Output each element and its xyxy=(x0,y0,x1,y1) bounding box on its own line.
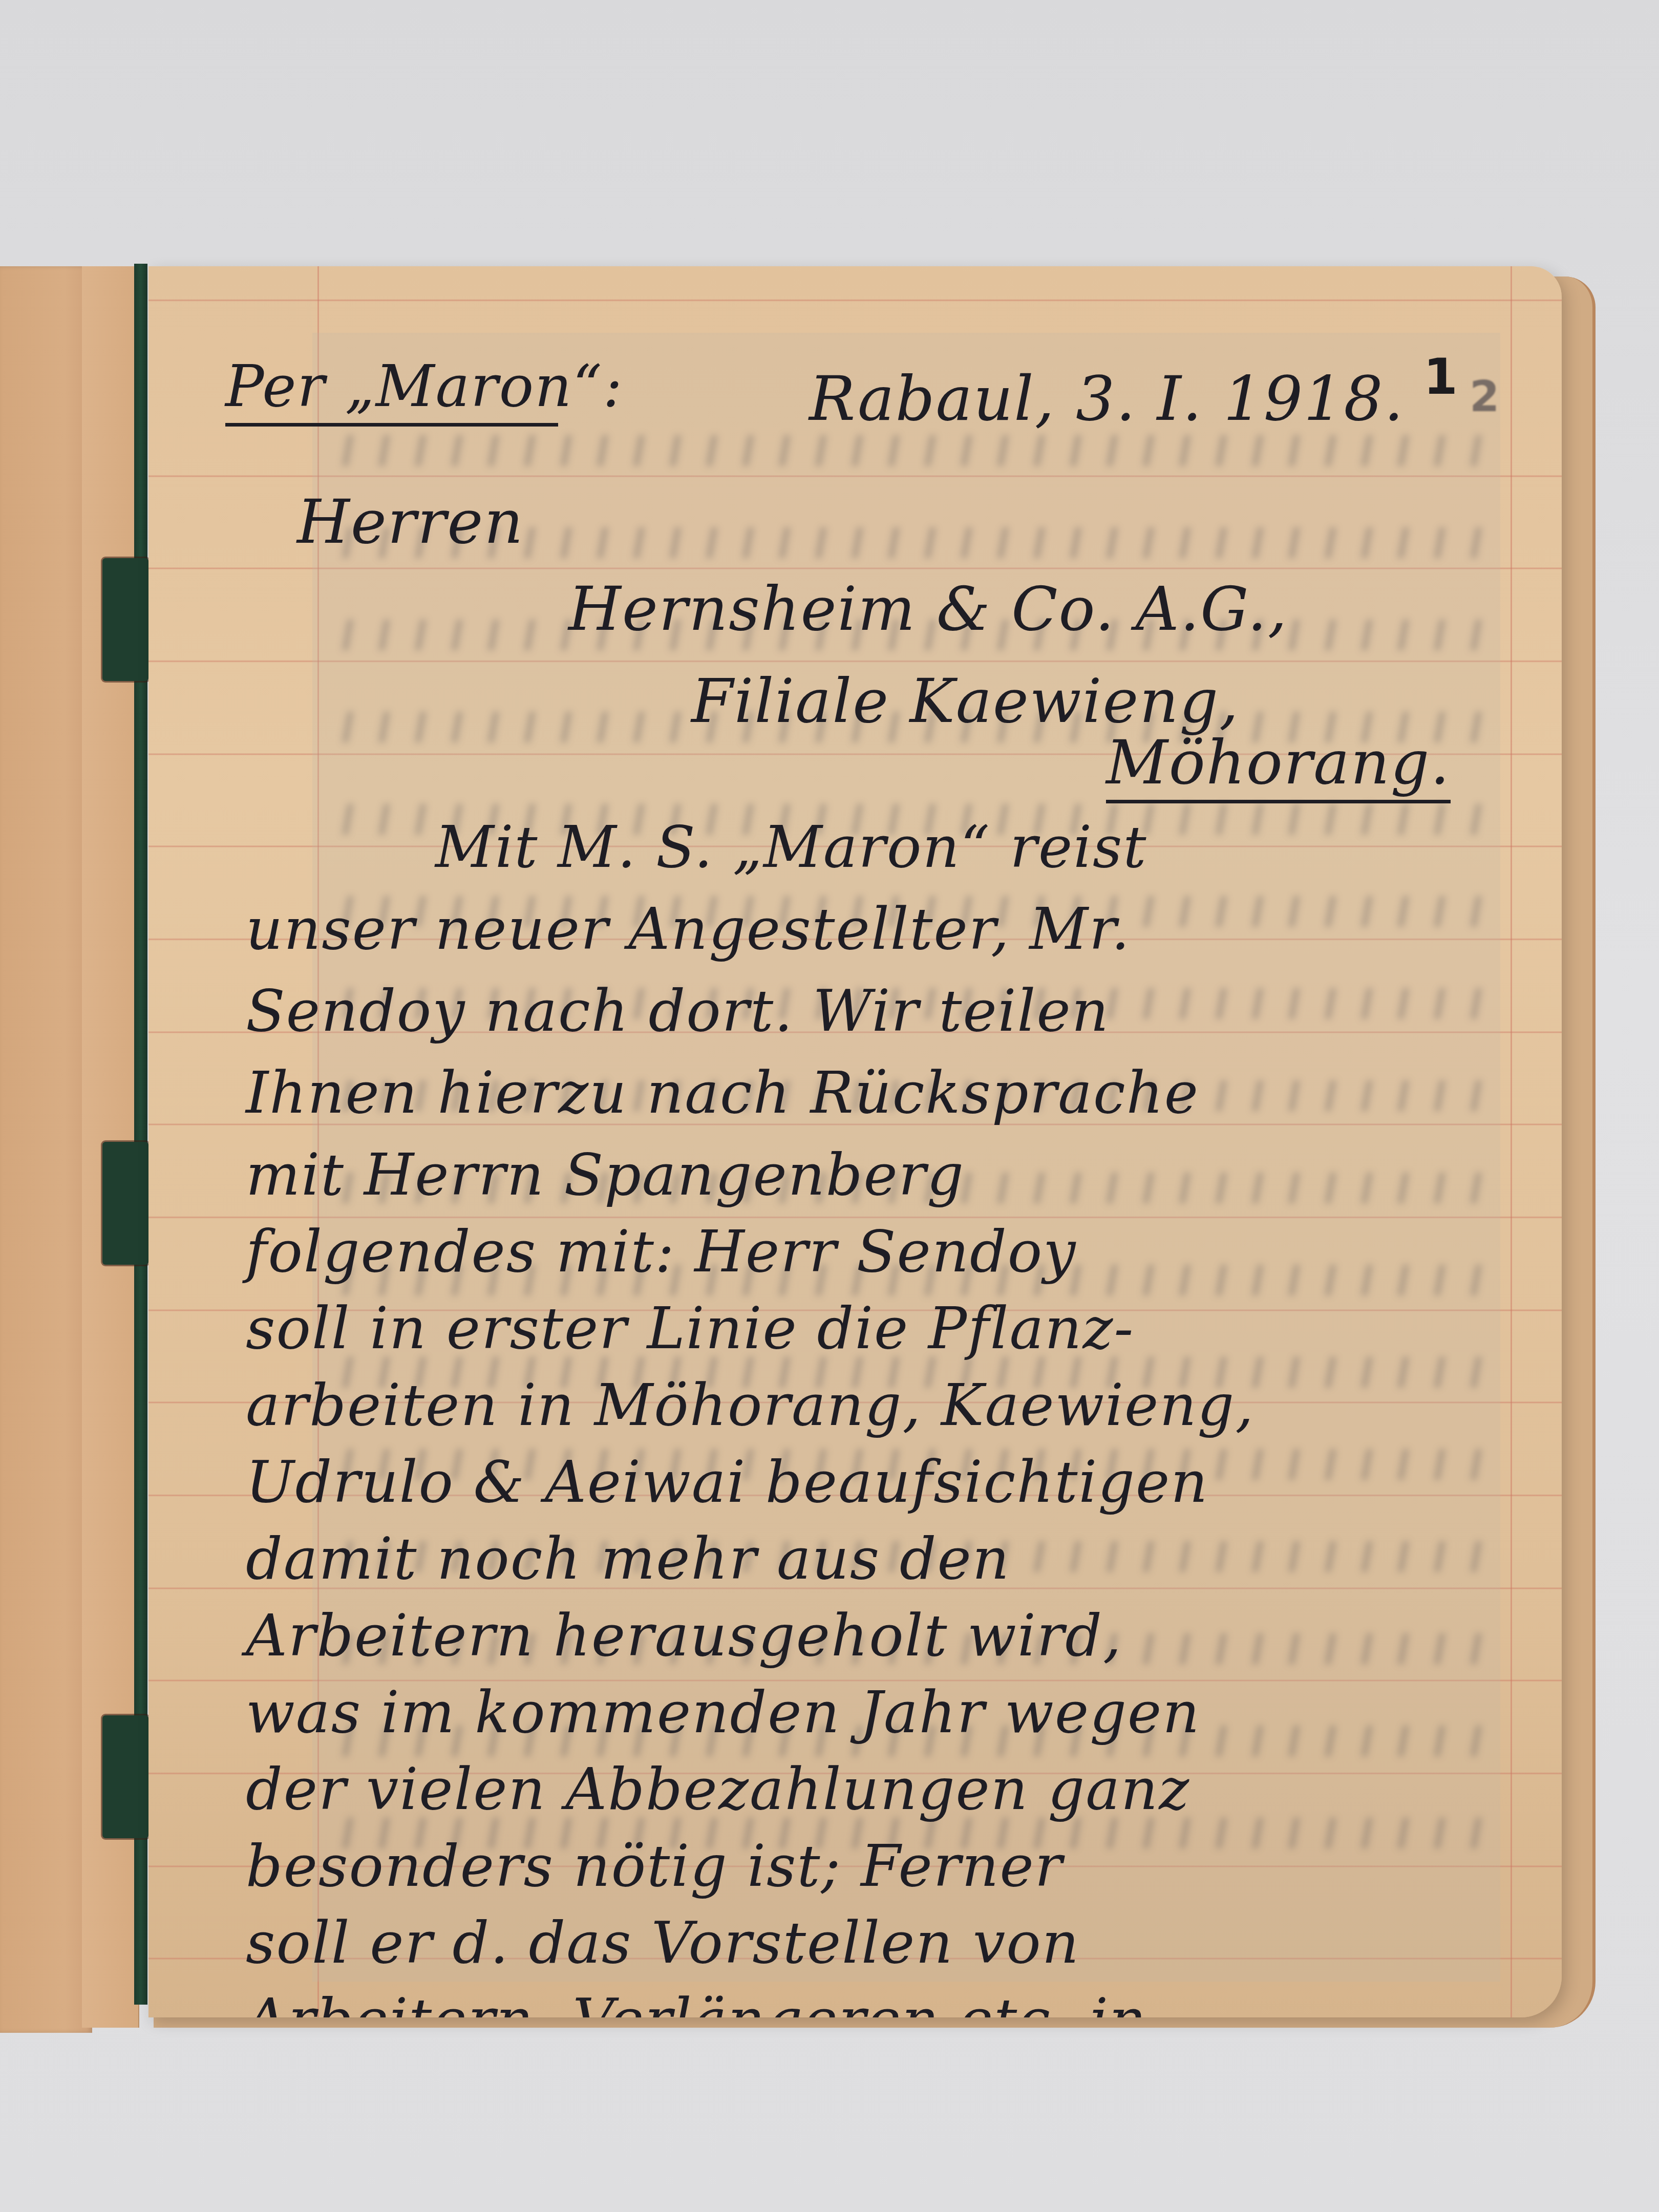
right-margin-line xyxy=(1511,266,1512,2017)
body-line: der vielen Abbezahlungen ganz xyxy=(246,1756,1190,1823)
body-line: soll in erster Linie die Pflanz- xyxy=(246,1295,1134,1362)
left-cover-board xyxy=(0,266,92,2033)
body-line: unser neuer Angestellter, Mr. xyxy=(246,896,1131,963)
body-line: Udrulo & Aeiwai beaufsichtigen xyxy=(246,1449,1208,1516)
body-line: was im kommenden Jahr wegen xyxy=(246,1679,1200,1746)
body-line: Arbeitern, Verlängeren etc. in xyxy=(246,1987,1147,2017)
body-line: arbeiten in Möhorang, Kaewieng, xyxy=(246,1372,1254,1439)
addressee-line-1: Hernsheim & Co. A.G., xyxy=(568,573,1288,644)
next-page-number-showthrough: 2 xyxy=(1470,371,1499,421)
body-line: mit Herrn Spangenberg xyxy=(246,1142,965,1208)
body-line: damit noch mehr aus den xyxy=(246,1526,1010,1592)
salutation: Herren xyxy=(297,486,524,557)
letter-page: 1 2 Per „Maron“: Rabaul, 3. I. 1918. Her… xyxy=(148,266,1562,2017)
place-date-heading: Rabaul, 3. I. 1918. xyxy=(809,364,1405,435)
body-line: folgendes mit: Herr Sendoy xyxy=(246,1219,1076,1285)
shipping-via-heading: Per „Maron“: xyxy=(225,353,558,427)
body-line: Ihnen hierzu nach Rücksprache xyxy=(246,1060,1199,1126)
page-number-stamp: 1 xyxy=(1423,348,1458,406)
body-line: Arbeitern herausgeholt wird, xyxy=(246,1603,1122,1669)
addressee-line-3: Möhorang. xyxy=(1106,727,1451,803)
body-line: Mit M. S. „Maron“ reist xyxy=(435,814,1147,881)
photo-scene: 1 2 Per „Maron“: Rabaul, 3. I. 1918. Her… xyxy=(0,0,1659,2212)
body-line: besonders nötig ist; Ferner xyxy=(246,1833,1063,1900)
body-line: Sendoy nach dort. Wir teilen xyxy=(246,978,1110,1045)
addressee-line-2: Filiale Kaewieng, xyxy=(691,666,1239,736)
body-line: soll er d. das Vorstellen von xyxy=(246,1910,1080,1976)
